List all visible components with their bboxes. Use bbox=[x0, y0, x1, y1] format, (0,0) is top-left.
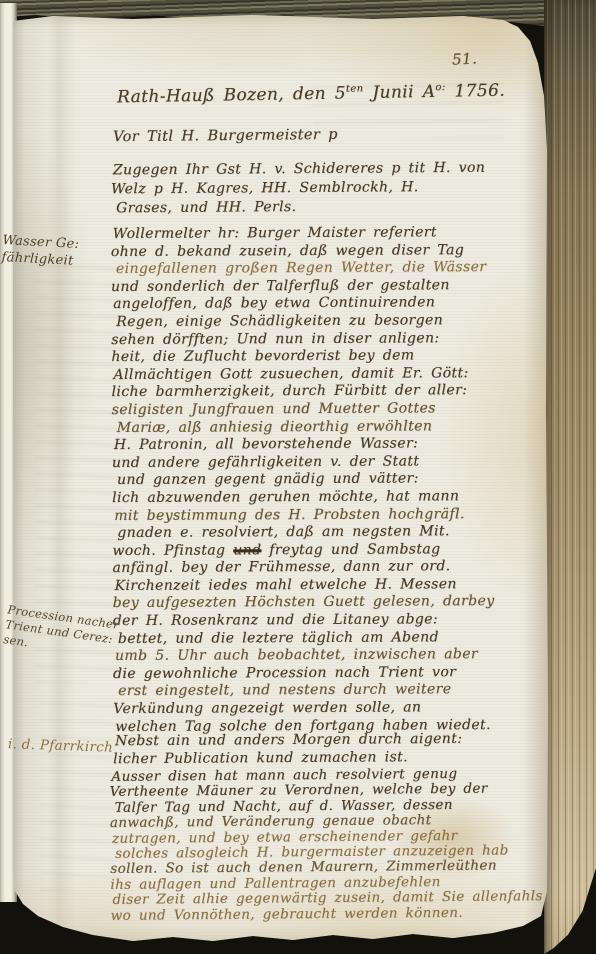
heading-superscript: ten bbox=[346, 83, 364, 94]
manuscript-line: bettet, und die leztere täglich am Abend bbox=[118, 629, 495, 649]
manuscript-line: liche barmherzigkeit, durch Fürbitt der … bbox=[111, 382, 493, 402]
manuscript-line: angeloffen, daß bey etwa Continuirenden bbox=[113, 294, 493, 314]
manuscript-line: Mariæ, alß anhiesig dieorthig erwöhlten bbox=[117, 418, 494, 438]
manuscript-line: Allmächtigen Gott zusuechen, damit Er. G… bbox=[113, 365, 493, 385]
manuscript-line: und sonderlich der Talferfluß der gestal… bbox=[111, 277, 493, 297]
body-paragraph-3: Ausser disen hat mann auch resolviert ge… bbox=[109, 766, 543, 924]
manuscript-line: eingefallenen großen Regen Wetter, die W… bbox=[116, 259, 493, 279]
manuscript-line: mit beystimmung des H. Probsten hochgräf… bbox=[114, 506, 494, 526]
manuscript-line: und ganzen gegent gnädig und vätter: bbox=[117, 470, 494, 490]
manuscript-line: woch. Pfinstag und freytag und Sambstag bbox=[112, 541, 494, 561]
manuscript-line: seligisten Jungfrauen und Muetter Gottes bbox=[112, 400, 494, 420]
manuscript-line: sehen dörfften; Und nun in diser anligen… bbox=[111, 330, 493, 350]
margin-note-pfarrkirch: i. d. Pfarrkirch bbox=[8, 736, 114, 756]
attendance-line: Zugegen Ihr Gst H. v. Schidereres p tit … bbox=[113, 159, 485, 181]
manuscript-line: H. Patronin, all bevorstehende Wasser: bbox=[114, 435, 494, 455]
handwriting-layer: 51. Rath-Hauß Bozen, den 5ten Junii Ao: … bbox=[0, 0, 596, 954]
manuscript-scan-page: 51. Rath-Hauß Bozen, den 5ten Junii Ao: … bbox=[0, 0, 596, 954]
manuscript-line: gnaden e. resolviert, daß am negsten Mit… bbox=[117, 523, 494, 543]
margin-note-line: i. d. Pfarrkirch bbox=[8, 736, 114, 756]
manuscript-line: Regen, einige Schädligkeiten zu besorgen bbox=[116, 312, 493, 332]
manuscript-line: wo und Vonnöthen, gebraucht werden könne… bbox=[111, 905, 543, 924]
margin-note-wasser: Wasser Ge: fährligkeit bbox=[1, 232, 80, 270]
margin-note-procession: Procession nacher Trient und Cerez: sen. bbox=[2, 602, 120, 662]
manuscript-line: und andere gefährligkeiten v. der Statt bbox=[112, 453, 494, 473]
line-segment: freytag und Sambstag bbox=[261, 541, 440, 558]
manuscript-line: anfängl. bey der Frühmesse, dann zur ord… bbox=[112, 558, 494, 578]
heading-superscript: o: bbox=[435, 82, 445, 93]
body-paragraph-2: Nebst ain und anders Morgen durch aigent… bbox=[113, 730, 463, 768]
heading-date-line: Rath-Hauß Bozen, den 5ten Junii Ao: 1756… bbox=[117, 81, 505, 108]
presiding-line: Vor Titl H. Burgermeister p bbox=[113, 127, 338, 145]
manuscript-line: heit, die Zuflucht bevorderist bey dem bbox=[111, 347, 493, 367]
heading-text: 1756. bbox=[445, 81, 505, 102]
heading-text: Rath-Hauß Bozen, den 5 bbox=[117, 83, 346, 107]
manuscript-line: Wollermelter hr: Burger Maister referier… bbox=[113, 224, 493, 244]
manuscript-line: Kirchenzeit iedes mahl etwelche H. Messe… bbox=[115, 576, 495, 596]
struck-word: und bbox=[233, 542, 261, 558]
manuscript-line: die gewohnliche Procession nach Trient v… bbox=[113, 664, 495, 684]
line-segment: woch. Pfinstag bbox=[112, 542, 233, 559]
manuscript-line: licher Publication kund zumachen ist. bbox=[113, 748, 463, 768]
manuscript-line: umb 5. Uhr auch beobachtet, inzwischen a… bbox=[115, 646, 495, 666]
manuscript-line: bey aufgesezten Höchsten Guett gelesen, … bbox=[113, 593, 495, 613]
manuscript-line: ohne d. bekand zusein, daß wegen diser T… bbox=[111, 242, 493, 262]
manuscript-line: lich abzuwenden geruhen möchte, hat mann bbox=[112, 488, 494, 508]
body-paragraph-1: Wollermelter hr: Burger Maister referier… bbox=[111, 224, 495, 736]
page-number: 51. bbox=[452, 49, 478, 68]
attendance-paragraph: Zugegen Ihr Gst H. v. Schidereres p tit … bbox=[111, 159, 486, 219]
heading-text: Junii A bbox=[363, 82, 435, 103]
margin-note-line: fährligkeit bbox=[1, 249, 79, 270]
manuscript-line: der H. Rosenkranz und die Litaney abge: bbox=[113, 611, 495, 631]
manuscript-line: erst eingestelt, und nestens durch weite… bbox=[118, 681, 495, 701]
manuscript-line: Verkündung angezeigt werden solle, an bbox=[113, 699, 495, 719]
attendance-line: Grases, und HH. Perls. bbox=[116, 197, 485, 219]
attendance-line: Welz p H. Kagres, HH. Semblrockh, H. bbox=[111, 178, 485, 200]
